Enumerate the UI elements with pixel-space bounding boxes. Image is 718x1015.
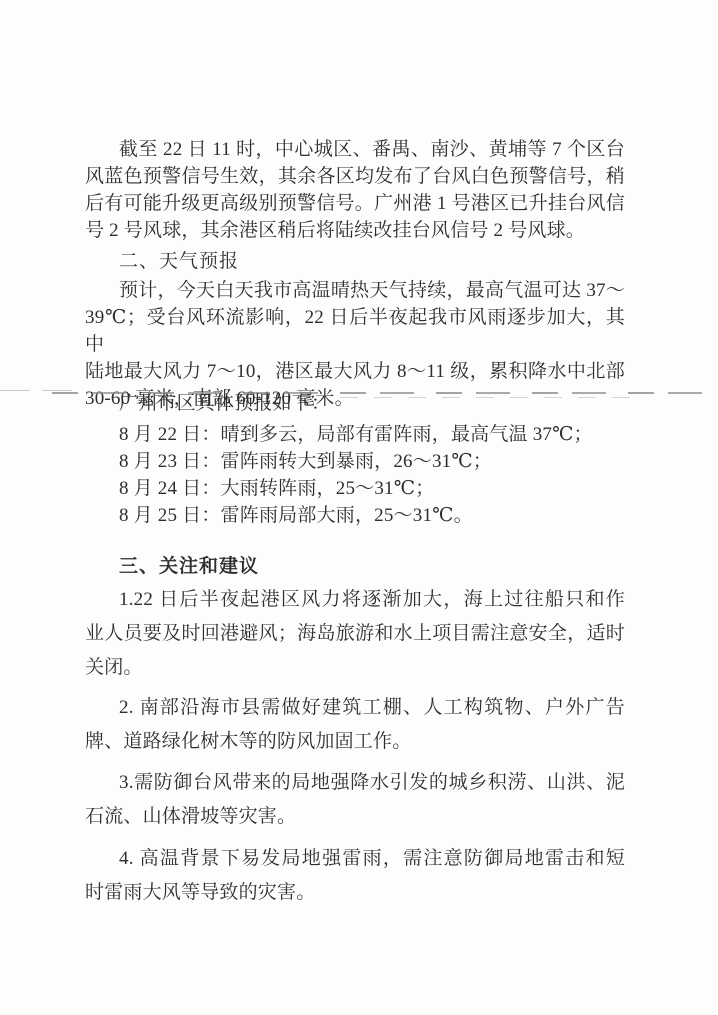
forecast-line-aug23: 8 月 23 日：雷阵雨转大到暴雨，26～31℃； — [85, 448, 625, 475]
text-line: 广州市区具体预报如下： — [85, 390, 625, 417]
text-line: 石流、山体滑坡等灾害。 — [85, 800, 625, 834]
forecast-line-aug24: 8 月 24 日：大雨转阵雨，25～31℃； — [85, 475, 625, 502]
recommendation-2: 2. 南部沿海市县需做好建筑工棚、人工构筑物、户外广告 牌、道路绿化树木等的防风… — [85, 691, 625, 759]
text-line: 号 2 号风球，其余港区稍后将陆续改挂台风信号 2 号风球。 — [85, 217, 625, 244]
text-line: 业人员要及时回港避风；海岛旅游和水上项目需注意安全，适时 — [85, 617, 625, 651]
section-heading-weather-forecast: 二、天气预报 — [119, 250, 239, 274]
text-line: 后有可能升级更高级别预警信号。广州港 1 号港区已升挂台风信 — [85, 190, 625, 217]
text-line: 39℃；受台风环流影响，22 日后半夜起我市风雨逐步加大，其中 — [85, 304, 625, 358]
scan-fold-line-faint — [0, 390, 84, 391]
text-line: 2. 南部沿海市县需做好建筑工棚、人工构筑物、户外广告 — [85, 691, 625, 725]
forecast-line-aug25: 8 月 25 日：雷阵雨局部大雨，25～31℃。 — [85, 502, 625, 529]
text-line: 1.22 日后半夜起港区风力将逐渐加大，海上过往船只和作 — [85, 583, 625, 617]
text-line: 牌、道路绿化树木等的防风加固工作。 — [85, 725, 625, 759]
section-heading-recommendations: 三、关注和建议 — [119, 555, 259, 579]
text-line: 陆地最大风力 7～10，港区最大风力 8～11 级，累积降水中北部 — [85, 358, 625, 385]
text-line: 风蓝色预警信号生效，其余各区均发布了台风白色预警信号，稍 — [85, 163, 625, 190]
recommendation-4: 4. 高温背景下易发局地强雷雨，需注意防御局地雷击和短 时雷雨大风等导致的灾害。 — [85, 842, 625, 910]
text-line: 关闭。 — [85, 651, 625, 685]
text-line: 4. 高温背景下易发局地强雷雨，需注意防御局地雷击和短 — [85, 842, 625, 876]
forecast-intro: 广州市区具体预报如下： — [85, 390, 625, 417]
paragraph-warning-status: 截至 22 日 11 时，中心城区、番禺、南沙、黄埔等 7 个区台 风蓝色预警信… — [85, 136, 625, 244]
document-page: 截至 22 日 11 时，中心城区、番禺、南沙、黄埔等 7 个区台 风蓝色预警信… — [0, 0, 718, 1015]
daily-forecast-list: 8 月 22 日：晴到多云，局部有雷阵雨，最高气温 37℃； 8 月 23 日：… — [85, 421, 625, 529]
recommendation-1: 1.22 日后半夜起港区风力将逐渐加大，海上过往船只和作 业人员要及时回港避风；… — [85, 583, 625, 685]
forecast-line-aug22: 8 月 22 日：晴到多云，局部有雷阵雨，最高气温 37℃； — [85, 421, 625, 448]
text-line: 时雷雨大风等导致的灾害。 — [85, 876, 625, 910]
text-line: 预计，今天白天我市高温晴热天气持续，最高气温可达 37～ — [85, 277, 625, 304]
text-line: 3.需防御台风带来的局地强降水引发的城乡积涝、山洪、泥 — [85, 766, 625, 800]
recommendation-3: 3.需防御台风带来的局地强降水引发的城乡积涝、山洪、泥 石流、山体滑坡等灾害。 — [85, 766, 625, 834]
text-line: 截至 22 日 11 时，中心城区、番禺、南沙、黄埔等 7 个区台 — [85, 136, 625, 163]
